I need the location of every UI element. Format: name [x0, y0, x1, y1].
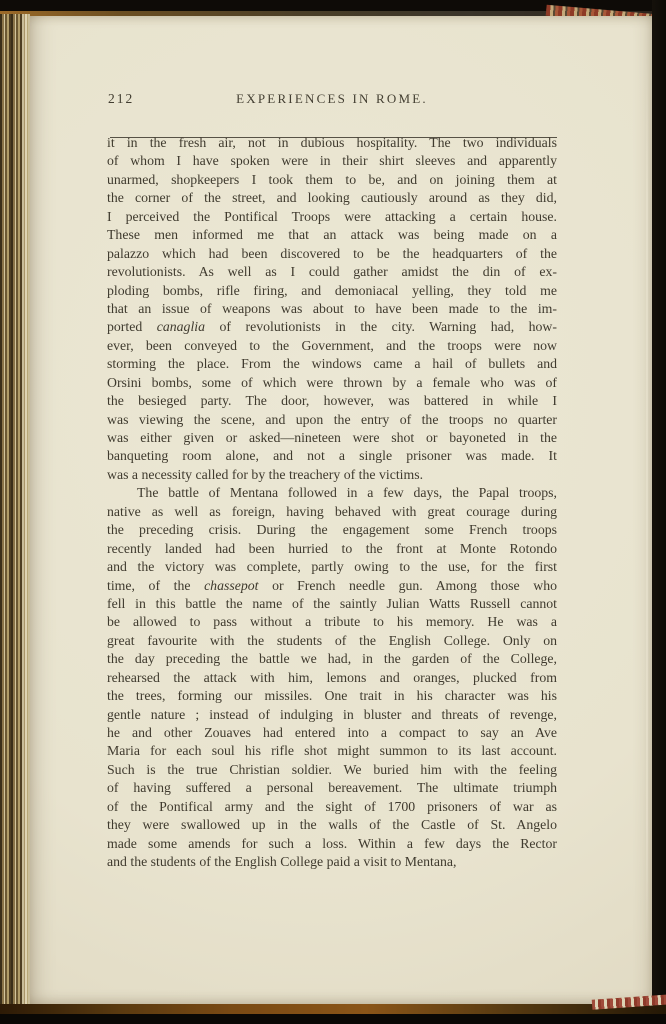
text-line: made some amends for such a loss. Within…: [107, 835, 557, 853]
text-line: Such is the true Christian soldier. We b…: [107, 761, 557, 779]
text-line: and the victory was complete, partly owi…: [107, 558, 557, 576]
text-line: ported canaglia of revolutionists in the…: [107, 318, 557, 336]
text-line: and the students of the English College …: [107, 853, 557, 871]
text-line: storming the place. From the windows cam…: [107, 355, 557, 373]
text-line: the trees, forming our missiles. One tra…: [107, 687, 557, 705]
text-line: the besieged party. The door, however, w…: [107, 392, 557, 410]
text-line: banqueting room alone, and not a single …: [107, 447, 557, 465]
text-line: the preceding crisis. During the engagem…: [107, 521, 557, 539]
text-line: the day preceding the battle we had, in …: [107, 650, 557, 668]
text-line: was viewing the scene, and upon the entr…: [107, 411, 557, 429]
text-line: gentle nature ; instead of indulging in …: [107, 706, 557, 724]
text-line: unarmed, shopkeepers I took them to be, …: [107, 171, 557, 189]
text-line: of having suffered a personal bereavemen…: [107, 779, 557, 797]
text-line: ever, been conveyed to the Government, a…: [107, 337, 557, 355]
text-line: fell in this battle the name of the sain…: [107, 595, 557, 613]
page-number: 212: [108, 91, 134, 107]
book-photo-background: 212 EXPERIENCES IN ROME. it in the fresh…: [0, 0, 666, 1024]
text-line: great favourite with the students of the…: [107, 632, 557, 650]
text-line: they were swallowed up in the walls of t…: [107, 816, 557, 834]
text-line: I perceived the Pontifical Troops were a…: [107, 208, 557, 226]
page-edges-inner: [22, 14, 30, 1004]
right-black-band: [652, 0, 666, 1024]
text-line: palazzo which had been discovered to be …: [107, 245, 557, 263]
text-line: was a necessity called for by the treach…: [107, 466, 557, 484]
text-line: of the Pontifical army and the sight of …: [107, 798, 557, 816]
text-line: native as well as foreign, having behave…: [107, 503, 557, 521]
page-header: 212 EXPERIENCES IN ROME.: [107, 89, 557, 109]
text-line: revolutionists. As well as I could gathe…: [107, 263, 557, 281]
page-edges-left: [0, 14, 22, 1006]
text-line: recently landed had been hurried to the …: [107, 540, 557, 558]
text-line: These men informed me that an attack was…: [107, 226, 557, 244]
text-line: ploding bombs, rifle firing, and demonia…: [107, 282, 557, 300]
text-line: rehearsed the attack with him, lemons an…: [107, 669, 557, 687]
text-line: time, of the chassepot or French needle …: [107, 577, 557, 595]
bottom-black-band: [0, 1014, 666, 1024]
text-line: that an issue of weapons was about to ha…: [107, 300, 557, 318]
text-line: the corner of the street, and looking ca…: [107, 189, 557, 207]
text-line: was either given or asked—nineteen were …: [107, 429, 557, 447]
text-line: it in the fresh air, not in dubious hosp…: [107, 134, 557, 152]
text-line: Orsini bombs, some of which were thrown …: [107, 374, 557, 392]
running-title: EXPERIENCES IN ROME.: [107, 89, 557, 107]
text-line: Maria for each soul his rifle shot might…: [107, 742, 557, 760]
page-body-text: it in the fresh air, not in dubious hosp…: [107, 134, 557, 872]
right-page-edge-highlight: [646, 60, 648, 960]
text-line: of whom I have spoken were in their shir…: [107, 152, 557, 170]
text-line: he and other Zouaves had entered into a …: [107, 724, 557, 742]
text-line: The battle of Mentana followed in a few …: [107, 484, 557, 502]
text-line: be allowed to pass without a tribute to …: [107, 613, 557, 631]
